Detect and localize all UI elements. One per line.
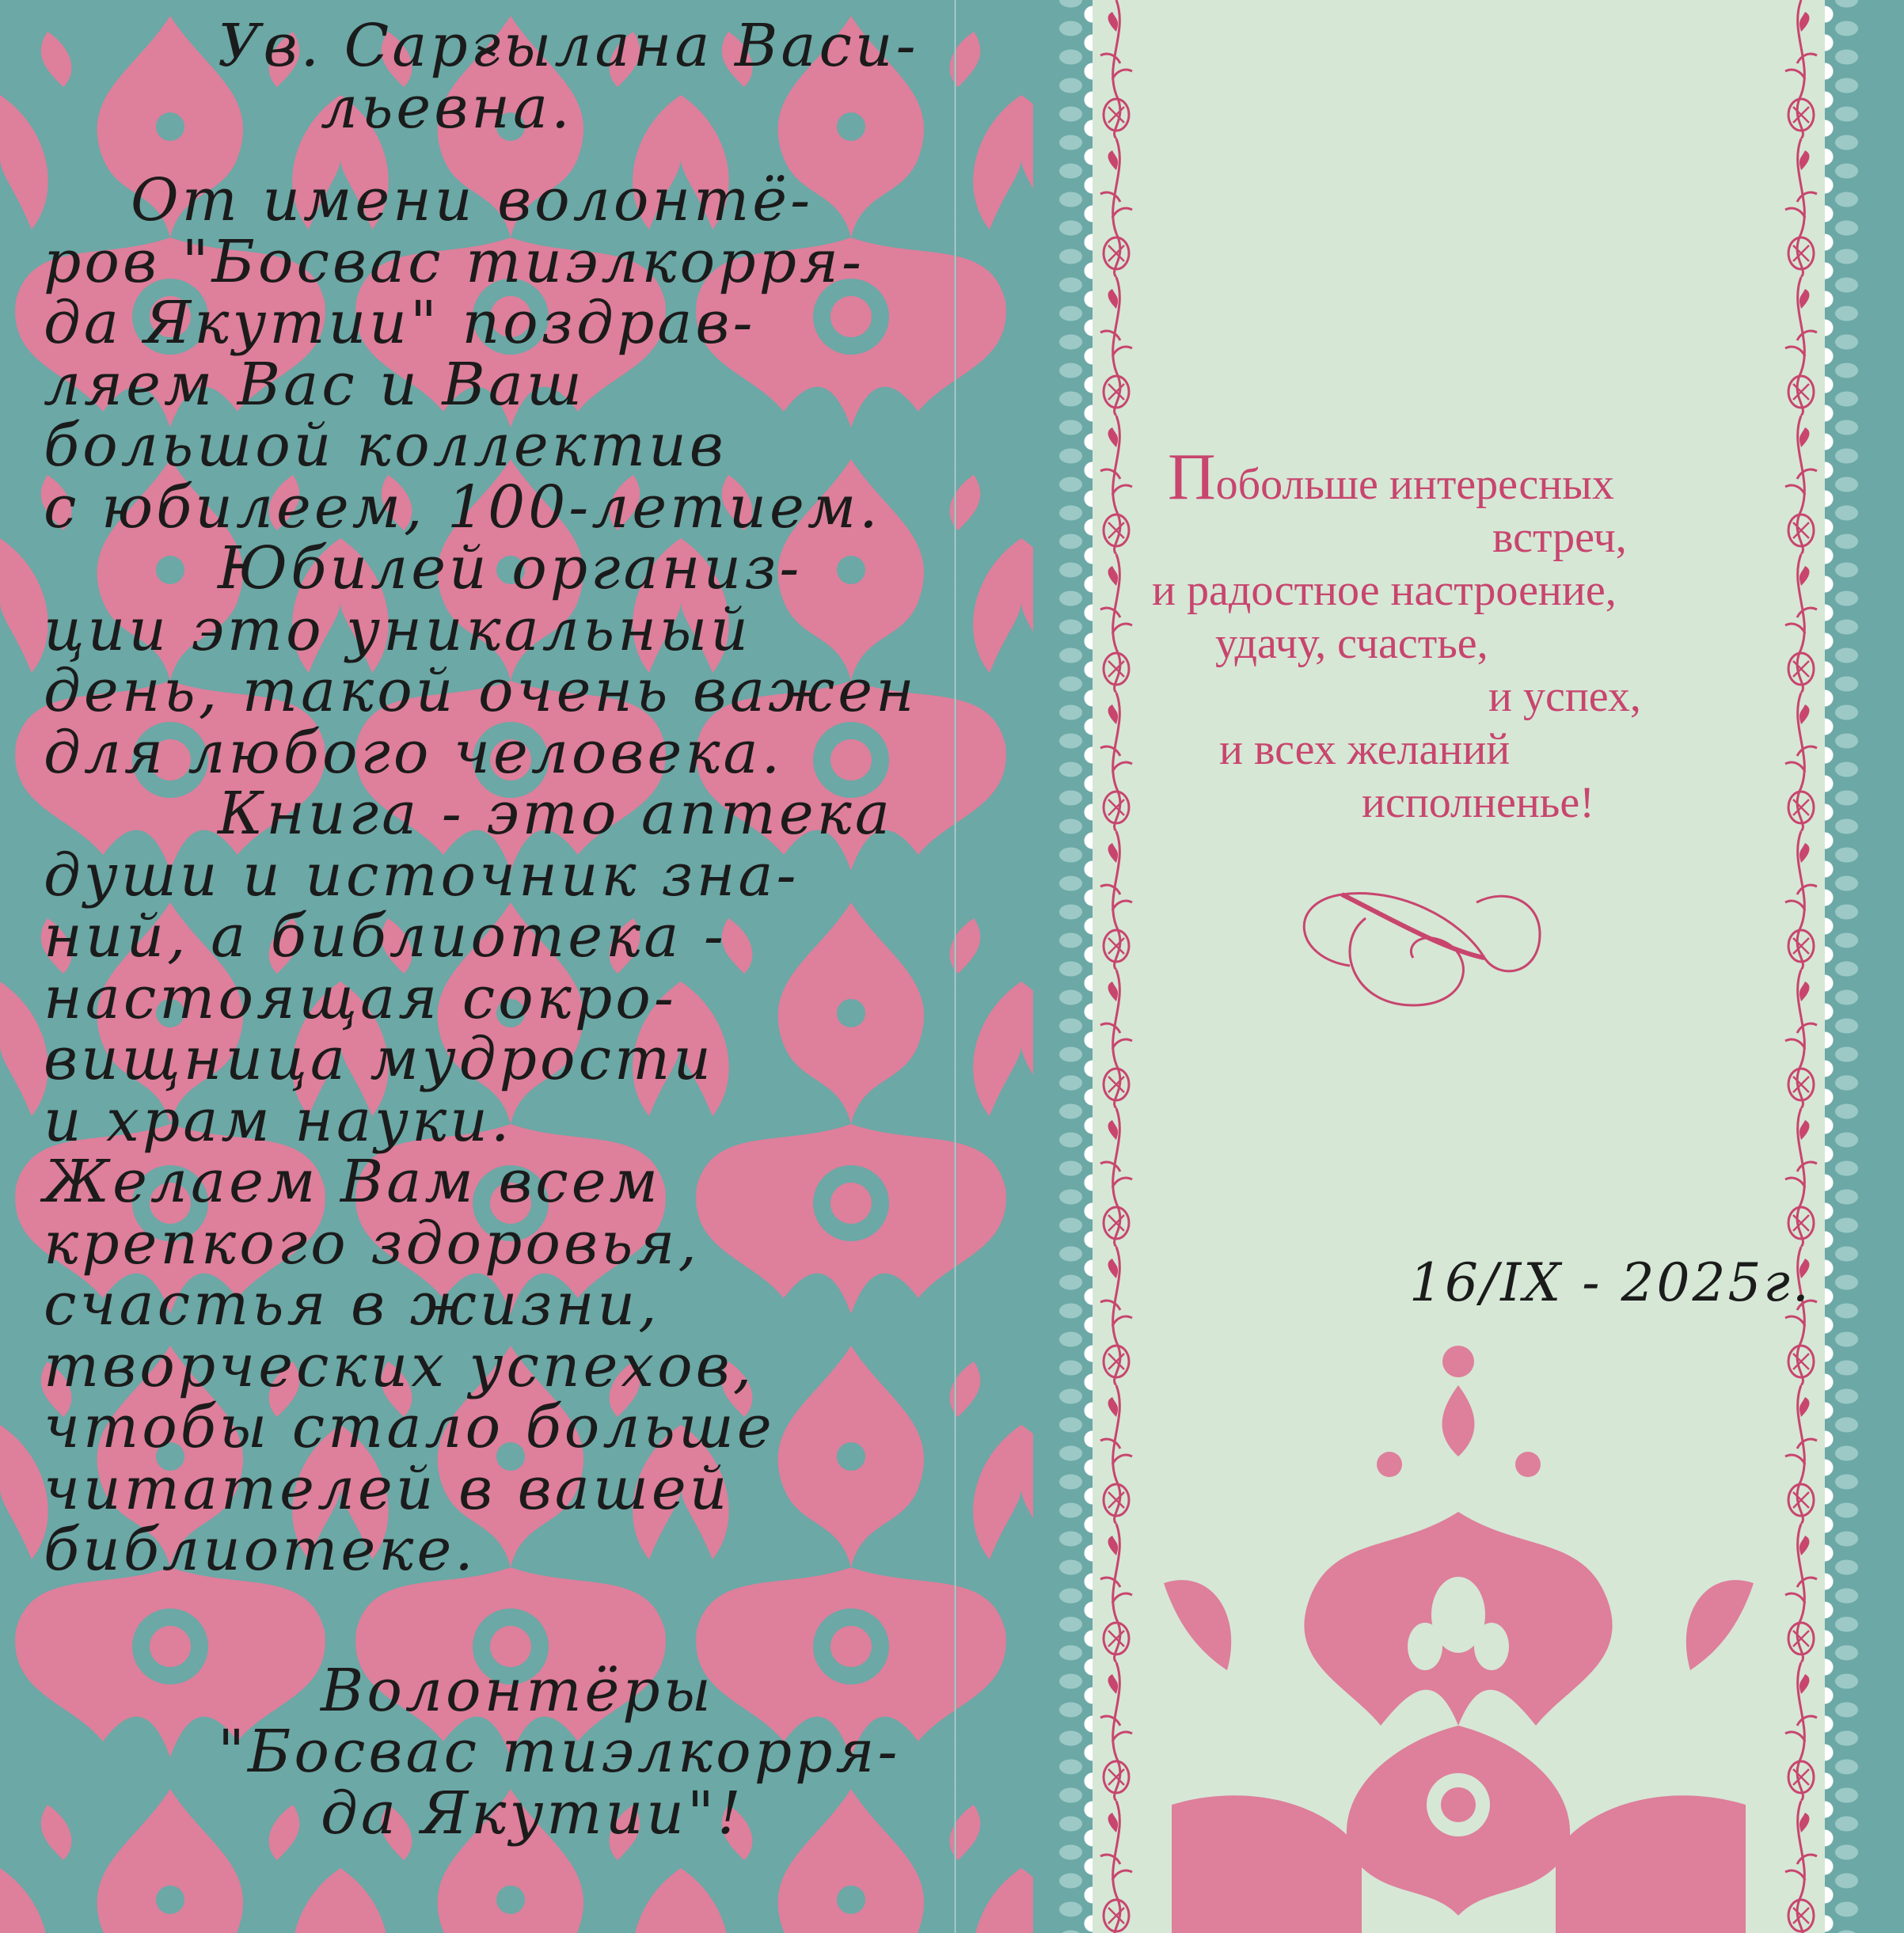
signature-line: да Якутии"! <box>44 1783 1033 1845</box>
handwritten-letter: Ув. Сарғылана Васи- льевна. От имени вол… <box>44 16 1033 1844</box>
letter-line: настоящая сокро- <box>44 968 1033 1030</box>
letter-line: библиотеке. <box>44 1520 1033 1582</box>
signature-line: Волонтёры <box>44 1661 1033 1722</box>
lace-border-right <box>1825 0 1868 1933</box>
letter-line: чтобы стало больше <box>44 1397 1033 1459</box>
letter-line: ции это уникальный <box>44 600 1033 662</box>
letter-line: Желаем Вам всем <box>44 1152 1033 1213</box>
inner-card: Побольше интересных встреч, и радостное … <box>1093 0 1825 1933</box>
letter-line: да Якутии" поздрав- <box>44 293 1033 355</box>
printed-panel: Побольше интересных встреч, и радостное … <box>1033 0 1904 1933</box>
letter-line: От имени волонтё- <box>44 170 1033 232</box>
damask-ornament <box>1093 1314 1825 1933</box>
letter-line: с юбилеем, 100-летием. <box>44 477 1033 539</box>
letter-line: Ув. Сарғылана Васи- <box>44 16 1033 78</box>
poem-line: и успех, <box>1168 670 1833 723</box>
poem-line: и радостное настроение, <box>1152 564 1833 617</box>
letter-line: души и источник зна- <box>44 845 1033 907</box>
letter-line: Юбилей организ- <box>44 538 1033 600</box>
printed-poem: Побольше интересных встреч, и радостное … <box>1168 455 1833 830</box>
letter-line: большой коллектив <box>44 416 1033 477</box>
letter-line: и храм науки. <box>44 1091 1033 1153</box>
letter-line: творческих успехов, <box>44 1336 1033 1398</box>
poem-initial: П <box>1168 440 1216 514</box>
letter-line: Книга - это аптека <box>44 784 1033 845</box>
poem-line: исполненье! <box>1168 777 1833 830</box>
poem-line: и всех желаний <box>1168 723 1833 777</box>
letter-line: счастья в жизни, <box>44 1274 1033 1336</box>
damask-edge-strip <box>1868 0 1904 1933</box>
letter-line: вищница мудрости <box>44 1029 1033 1091</box>
letter-line: льевна. <box>44 78 1033 139</box>
calligraphic-flourish <box>1286 871 1571 1013</box>
letter-line: ров "Босвас тиэлкорря- <box>44 232 1033 294</box>
lace-border-left <box>1049 0 1093 1933</box>
letter-line: для любого человека. <box>44 723 1033 784</box>
letter-line: ний, а библиотека - <box>44 906 1033 968</box>
letter-line: читателей в вашей <box>44 1459 1033 1521</box>
letter-line: крепкого здоровья, <box>44 1213 1033 1275</box>
letter-line: день, такой очень важен <box>44 661 1033 723</box>
letter-line: ляем Вас и Ваш <box>44 355 1033 416</box>
signature-line: "Босвас тиэлкорря- <box>44 1722 1033 1783</box>
handwritten-date: 16/IX - 2025г. <box>1409 1252 1811 1313</box>
poem-line: Побольше интересных <box>1168 455 1833 511</box>
poem-line: удачу, счастье, <box>1168 617 1833 670</box>
poem-line: встреч, <box>1168 511 1833 564</box>
handwritten-panel: Ув. Сарғылана Васи- льевна. От имени вол… <box>0 0 1033 1933</box>
